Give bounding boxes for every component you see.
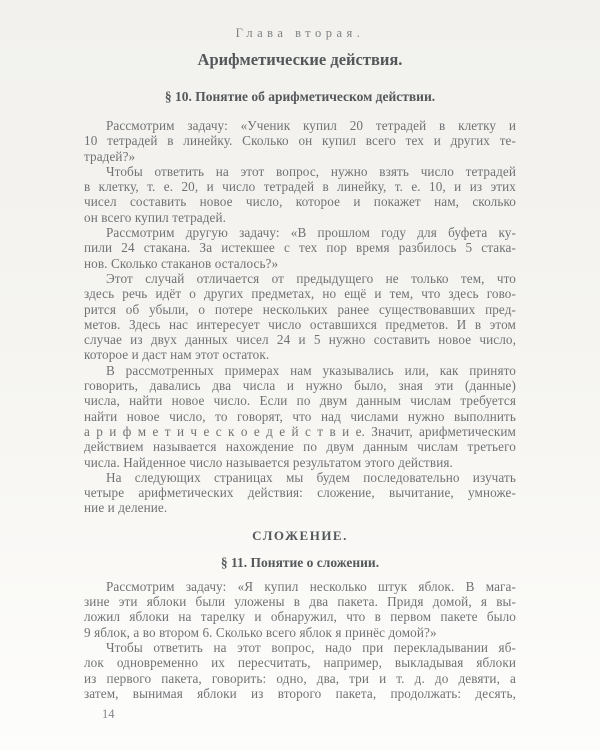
text-line: в клетку, т. е. 20, и число тетрадей в л… [84,179,516,194]
paragraph: Рассмотрим другую задачу: «В прошлом год… [84,225,516,271]
text-line: Чтобы ответить на этот вопрос, нужно взя… [84,164,516,179]
text-line: затем, вынимая яблоки из второго пакета,… [84,686,516,701]
text-line: лок одновременно их пересчитать, наприме… [84,655,516,670]
text-line: ложил яблоки на тарелку и обнаружил, что… [84,609,516,624]
paragraph: Рассмотрим задачу: «Я купил несколько шт… [84,579,516,640]
text-line: 10 тетрадей в линейку. Сколько он купил … [84,133,516,148]
text-line: здесь речь идёт о других предметах, но е… [84,286,516,301]
text-line: Этот случай отличается от предыдущего не… [84,271,516,286]
text-line: ние и деление. [84,500,516,515]
text-line: Рассмотрим задачу: «Ученик купил 20 тетр… [84,118,516,133]
text-line: а р и ф м е т и ч е с к о е д е й с т в … [84,424,516,439]
paragraph: На следующих страницах мы будем последов… [84,470,516,516]
text-line: из первого пакета, говорить: одно, два, … [84,671,516,686]
text-line: говорить, давались два числа и нужно был… [84,378,516,393]
section-11-body: Рассмотрим задачу: «Я купил несколько шт… [84,579,516,701]
paragraph: Рассмотрим задачу: «Ученик купил 20 тетр… [84,118,516,164]
text-line: зине эти яблоки были уложены в два пакет… [84,594,516,609]
book-page-scan: Глава вторая. Арифметические действия. §… [0,0,600,750]
text-line: числа, найти новое число. Если по двум д… [84,393,516,408]
text-line: рится об убыли, о потере нескольких ране… [84,302,516,317]
text-line: нов. Сколько стаканов осталось?» [84,256,516,271]
text-line: случае из двух данных чисел 24 и 5 нужно… [84,332,516,347]
paragraph: Этот случай отличается от предыдущего не… [84,271,516,363]
text-line: числа. Найденное число называется резуль… [84,455,516,470]
section-10-body: Рассмотрим задачу: «Ученик купил 20 тетр… [84,118,516,516]
paragraph: В рассмотренных примерах нам указывались… [84,363,516,470]
page-title: Арифметические действия. [84,50,516,70]
text-line: Рассмотрим другую задачу: «В прошлом год… [84,225,516,240]
text-line: традей?» [84,149,516,164]
page-number: 14 [84,707,516,722]
paragraph: Чтобы ответить на этот вопрос, надо при … [84,640,516,701]
text-line: метов. Здесь нас интересует число оставш… [84,317,516,332]
text-line: действием называется нахождение по двум … [84,439,516,454]
chapter-heading: Глава вторая. [84,26,516,41]
text-line: он всего купил тетрадей. [84,210,516,225]
section-10-heading: § 10. Понятие об арифметическом действии… [84,89,516,105]
text-column: Глава вторая. Арифметические действия. §… [84,26,516,722]
text-line: чисел составить новое число, которое и п… [84,194,516,209]
text-line: Чтобы ответить на этот вопрос, надо при … [84,640,516,655]
section-11-heading: § 11. Понятие о сложении. [84,555,516,571]
text-line: 9 яблок, а во втором 6. Сколько всего яб… [84,625,516,640]
text-line: Рассмотрим задачу: «Я купил несколько шт… [84,579,516,594]
text-line: четыре арифметических действия: сложение… [84,485,516,500]
text-line: которое и даст нам этот остаток. [84,347,516,362]
addition-part-heading: СЛОЖЕНИЕ. [84,528,516,543]
text-line: В рассмотренных примерах нам указывались… [84,363,516,378]
paragraph: Чтобы ответить на этот вопрос, нужно взя… [84,164,516,225]
text-line: найти новое число, то говорят, что над ч… [84,409,516,424]
text-line: пили 24 стакана. За истекшее с тех пор в… [84,240,516,255]
text-line: На следующих страницах мы будем последов… [84,470,516,485]
